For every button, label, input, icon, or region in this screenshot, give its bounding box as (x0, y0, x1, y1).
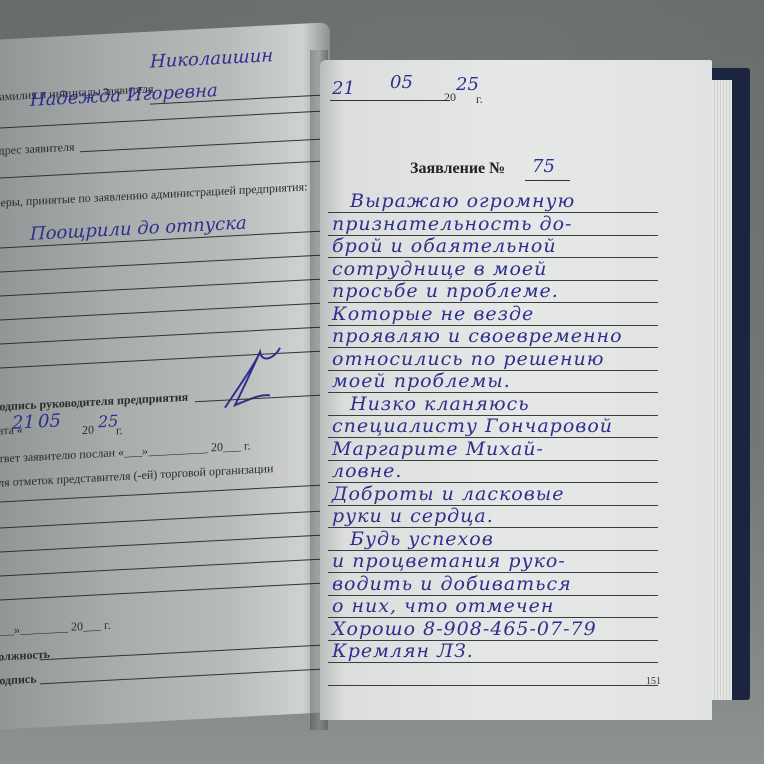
right-date-suffix: г. (476, 92, 483, 107)
right-date-month-handwriting: 05 (390, 72, 413, 93)
manager-signature-icon (220, 342, 290, 416)
measures-rule-2 (0, 255, 320, 273)
right-date-year-prefix: 20 (444, 90, 456, 105)
date-year-prefix: 20 (82, 423, 94, 439)
applicant-surname-handwriting: Николаишин (150, 45, 273, 72)
body-rule (328, 685, 658, 686)
application-number-handwriting: 75 (532, 156, 555, 177)
handwritten-line: и процветания руко- (332, 550, 566, 572)
notes-rule-5 (0, 583, 320, 601)
date-suffix: г. (116, 423, 123, 438)
left-page: Фамилия и инициалы заявителя Николаишин … (0, 22, 330, 730)
handwritten-line: руки и сердца. (332, 505, 494, 527)
page-number: 151 (646, 676, 661, 687)
handwritten-line: брой и обаятельной (332, 235, 557, 257)
right-page: 21 05 20 25 г. Заявление № 75 Выражаю ог… (320, 60, 712, 720)
body-rule (328, 662, 658, 663)
address-rule (80, 139, 320, 153)
application-number-rule (525, 180, 570, 181)
applicant-name-handwriting: Надежда Игоревна (30, 80, 218, 111)
handwritten-line: Доброты и ласковые (332, 483, 565, 505)
address-label: Адрес заявителя (0, 140, 74, 159)
right-date-day-handwriting: 21 (332, 78, 355, 99)
reply-sent-label: Ответ заявителю послан «___»__________ 2… (0, 438, 251, 467)
handwritten-line: специалисту Гончаровой (332, 415, 613, 437)
representative-notes-label: Для отметок представителя (-ей) торговой… (0, 461, 273, 491)
signature-rule (40, 669, 320, 685)
handwritten-line: Которые не везде (332, 303, 534, 325)
address-rule-2 (0, 161, 320, 179)
handwritten-line: Низко кланяюсь (350, 393, 530, 415)
date-month-handwriting: 05 (38, 410, 61, 432)
measures-rule-3 (0, 279, 320, 297)
handwritten-line: о них, что отмечен (332, 595, 554, 617)
date-day-handwriting: 21 (12, 412, 35, 434)
right-date-rule (330, 100, 450, 101)
handwritten-line: сотруднице в моей (332, 258, 547, 280)
application-title: Заявление № (410, 160, 505, 178)
handwritten-line: Хорошо 8-908-465-07-79 (332, 618, 597, 640)
position-label: Должность (0, 647, 50, 665)
notes-rule-2 (0, 511, 320, 529)
signature-label: Подпись (0, 672, 37, 689)
handwritten-line: относились по решению (332, 348, 605, 370)
handwritten-line: Кремлян ЛЗ. (332, 640, 474, 662)
measures-rule-4 (0, 303, 320, 321)
name-rule-2 (0, 111, 320, 129)
notes-rule-3 (0, 535, 320, 553)
position-rule (40, 645, 320, 661)
handwritten-line: просьбе и проблеме. (332, 280, 559, 302)
handwritten-line: признательность до- (332, 213, 572, 235)
handwritten-line: водить и добиваться (332, 573, 572, 595)
handwritten-line: проявляю и своевременно (332, 325, 623, 347)
handwritten-line: моей проблемы. (332, 370, 511, 392)
measures-label: Меры, принятые по заявлению администраци… (0, 179, 307, 211)
handwritten-line: Выражаю огромную (350, 190, 575, 212)
blank-date-label: «___»________ 20___ г. (0, 618, 111, 639)
handwritten-line: Маргарите Михай- (332, 438, 544, 460)
handwritten-line: ловне. (332, 460, 402, 482)
handwritten-line: Будь успехов (350, 528, 494, 550)
notes-rule-4 (0, 559, 320, 577)
